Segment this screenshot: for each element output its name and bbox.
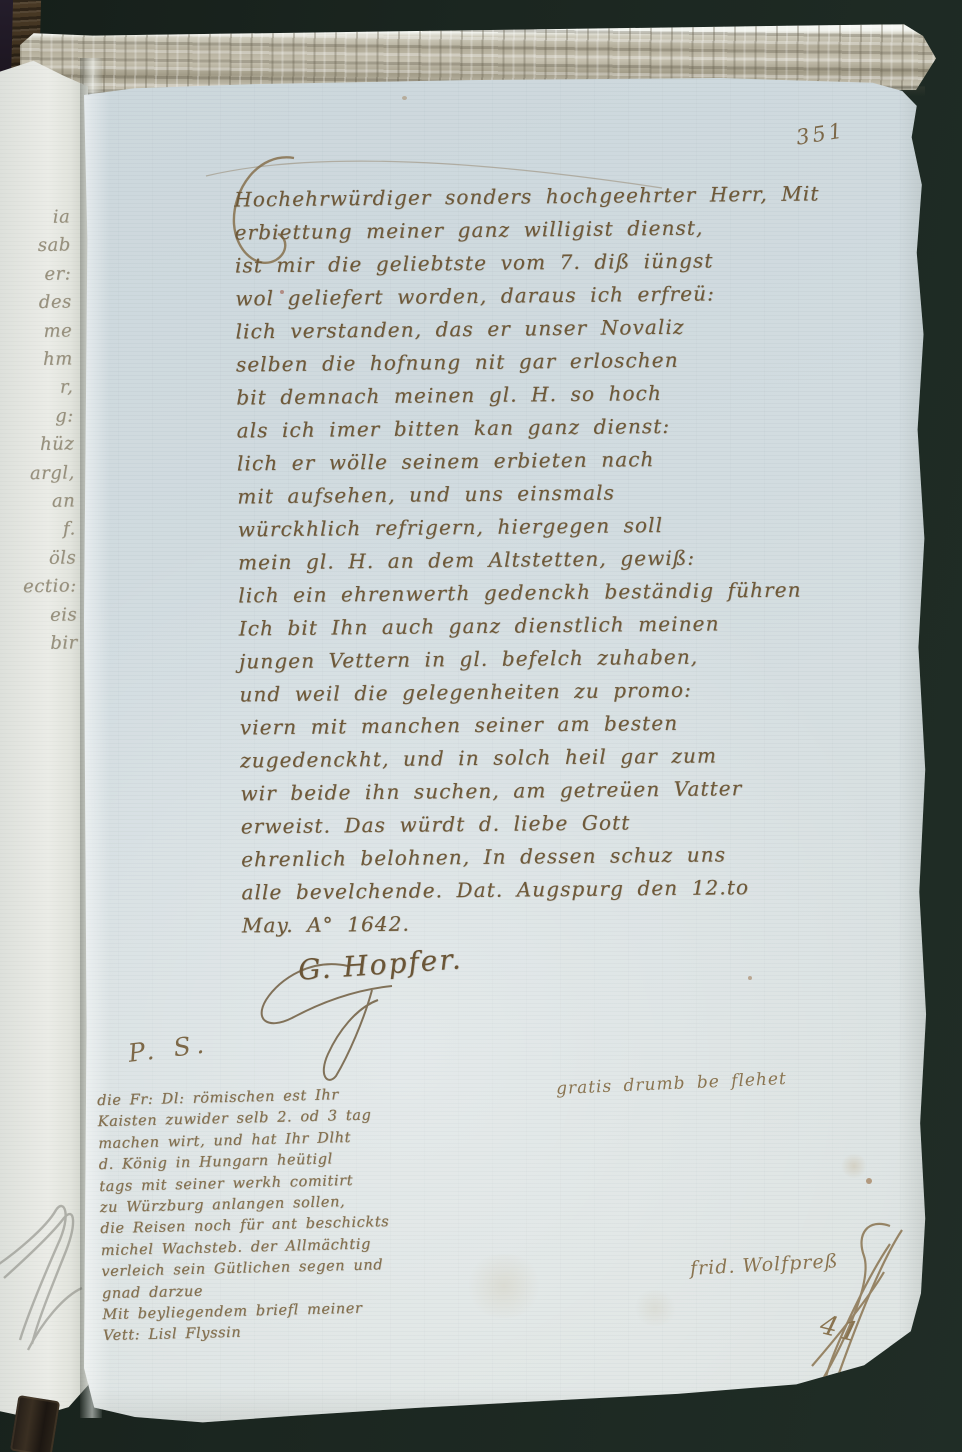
registrar-paraph-flourish	[772, 1216, 912, 1406]
facing-page-line-fragment: me	[2, 317, 72, 347]
facing-page-line-fragment: des	[2, 289, 72, 319]
facing-page-text-fragments: iasaber:desmehmr,g:hüzargl,anf.ölsectio:…	[0, 203, 78, 659]
bleedthrough-flourish	[0, 1204, 86, 1354]
foxing-speck	[866, 1178, 872, 1184]
foxing-speck	[280, 290, 284, 294]
facing-page-line-fragment: öls	[6, 544, 76, 574]
annotation-gratis: gratis drumb be flehet	[556, 1069, 788, 1099]
letter-body-line: Hochehrwürdiger sonders hochgeehrter Her…	[234, 177, 894, 217]
page-bottom-edge-shade	[84, 1388, 932, 1436]
facing-page-line-fragment: g:	[4, 402, 74, 432]
facing-page-line-fragment: bir	[7, 629, 77, 659]
facing-page-line-fragment: ia	[0, 203, 70, 233]
letter-body: Hochehrwürdiger sonders hochgeehrter Her…	[234, 177, 902, 943]
letter-page: 351 Hochehrwürdiger sonders hochgeehrter…	[84, 76, 932, 1436]
stain	[464, 1254, 544, 1318]
facing-page-line-fragment: ectio:	[6, 573, 76, 603]
binding-strap	[10, 1395, 60, 1452]
facing-page-line-fragment: f.	[5, 516, 75, 546]
facing-page-strip: iasaber:desmehmr,g:hüzargl,anf.ölsectio:…	[0, 58, 88, 1418]
foxing-speck	[402, 96, 407, 100]
foxing-speck	[748, 976, 752, 980]
postscript-marker: P. S.	[127, 1029, 212, 1068]
facing-page-line-fragment: sab	[1, 232, 71, 262]
stain	[632, 1290, 678, 1326]
facing-page-line-fragment: an	[5, 487, 75, 517]
letter-body-line: May. A° 1642.	[242, 903, 902, 943]
facing-page-line-fragment: argl,	[5, 459, 75, 489]
signature-flourish	[252, 956, 472, 1086]
archival-manuscript-photo: iasaber:desmehmr,g:hüzargl,anf.ölsectio:…	[0, 0, 962, 1452]
stain	[840, 1154, 868, 1178]
facing-page-line-fragment: er:	[1, 260, 71, 290]
folio-number: 351	[794, 118, 846, 149]
facing-page-line-fragment: r,	[3, 374, 73, 404]
letter-body-line: lich ein ehrenwerth gedenckh beständig f…	[238, 573, 898, 613]
facing-page-line-fragment: hüz	[4, 431, 74, 461]
facing-page-line-fragment: hm	[3, 345, 73, 375]
postscript-block: die Fr: Dl: römischen est IhrKaisten zuw…	[97, 1081, 523, 1348]
facing-page-line-fragment: eis	[7, 601, 77, 631]
